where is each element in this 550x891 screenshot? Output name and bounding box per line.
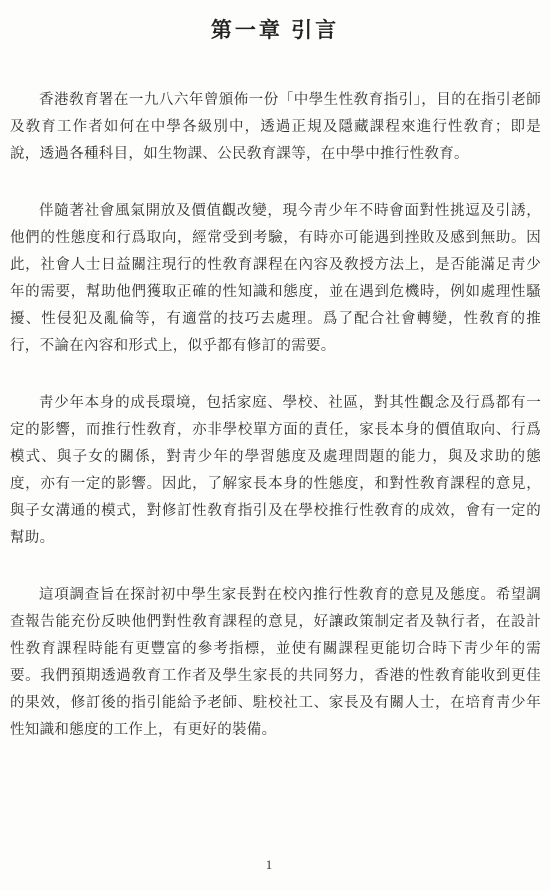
document-page: 第一章 引言 香港敎育署在一九八六年曾頒佈一份「中學生性敎育指引」，目的在指引老… — [0, 0, 550, 891]
paragraph-intro-guideline: 香港敎育署在一九八六年曾頒佈一份「中學生性敎育指引」，目的在指引老師及敎育工作者… — [10, 87, 541, 168]
document-body: 香港敎育署在一九八六年曾頒佈一份「中學生性敎育指引」，目的在指引老師及敎育工作者… — [0, 87, 550, 744]
paragraph-social-change: 伴隨著社會風氣開放及價值觀改變，現今靑少年不時會面對性挑逗及引誘，他們的性態度和… — [10, 198, 541, 360]
paragraph-family-influence: 靑少年本身的成長環境，包括家庭、學校、社區，對其性觀念及行爲都有一定的影響，而推… — [10, 390, 541, 552]
page-number: 1 — [0, 857, 538, 873]
chapter-title: 第一章 引言 — [0, 0, 550, 45]
paragraph-survey-purpose: 這項調查旨在探討初中學生家長對在校內推行性敎育的意見及態度。希望調查報告能充份反… — [10, 582, 541, 744]
